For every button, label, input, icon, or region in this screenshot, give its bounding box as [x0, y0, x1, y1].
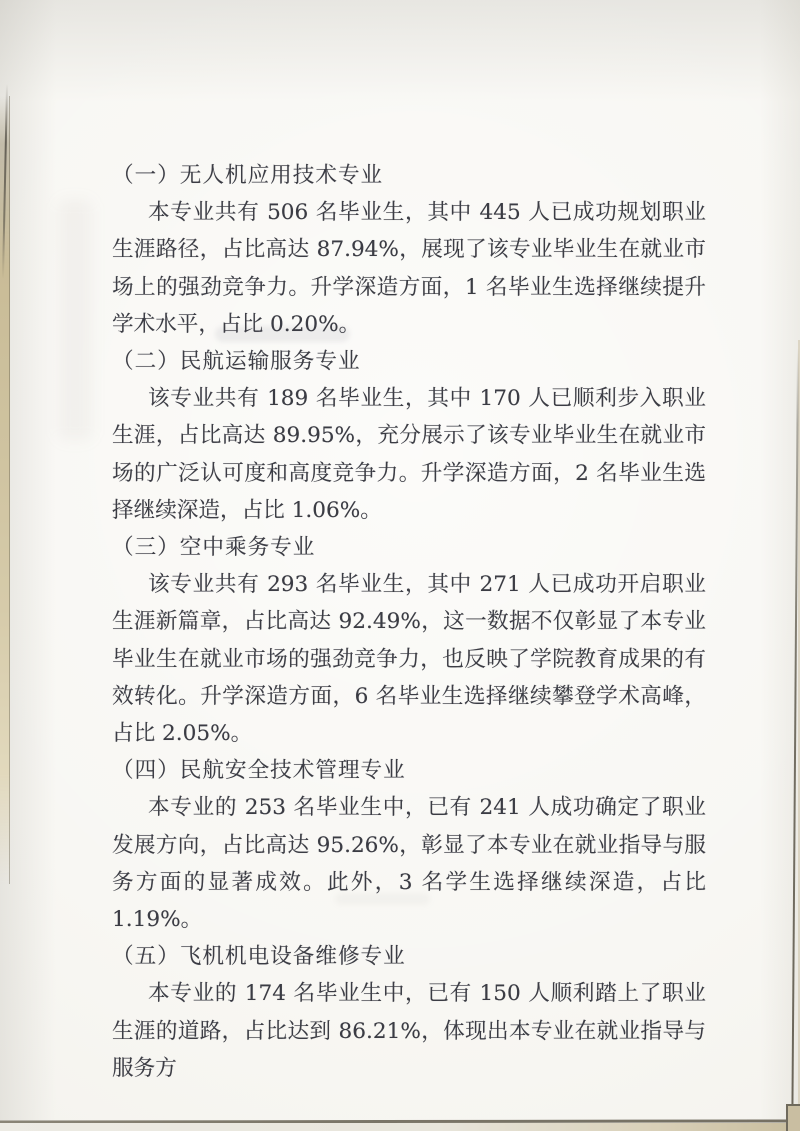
section-heading: （二）民航运输服务专业: [112, 343, 706, 380]
page-edge-bottom-line: [0, 1119, 789, 1123]
page-edge-left: [0, 96, 10, 884]
section-paragraph: 本专业共有 506 名毕业生，其中 445 人已成功规划职业生涯路径，占比高达 …: [112, 194, 706, 343]
report-section-5: （五）飞机机电设备维修专业 本专业的 174 名毕业生中，已有 150 人顺利踏…: [112, 938, 706, 1087]
page-edge-bottom-background: [0, 1123, 800, 1131]
scanned-page: （一）无人机应用技术专业 本专业共有 506 名毕业生，其中 445 人已成功规…: [0, 0, 800, 1131]
section-paragraph: 本专业的 253 名毕业生中，已有 241 人成功确定了职业发展方向，占比高达 …: [112, 789, 706, 938]
section-paragraph: 该专业共有 293 名毕业生，其中 271 人已成功开启职业生涯新篇章，占比高达…: [112, 566, 706, 752]
section-heading: （三）空中乘务专业: [112, 529, 706, 566]
page-edge-right-line: [791, 348, 799, 1108]
section-heading: （四）民航安全技术管理专业: [112, 752, 706, 789]
section-heading: （五）飞机机电设备维修专业: [112, 938, 706, 975]
report-section-4: （四）民航安全技术管理专业 本专业的 253 名毕业生中，已有 241 人成功确…: [112, 752, 706, 938]
section-paragraph: 本专业的 174 名毕业生中，已有 150 人顺利踏上了职业生涯的道路，占比达到…: [112, 975, 706, 1087]
document-body: （一）无人机应用技术专业 本专业共有 506 名毕业生，其中 445 人已成功规…: [112, 157, 706, 1087]
page-edge-bottom-right-corner: [786, 1104, 800, 1131]
report-section-3: （三）空中乘务专业 该专业共有 293 名毕业生，其中 271 人已成功开启职业…: [112, 529, 706, 752]
section-paragraph: 该专业共有 189 名毕业生，其中 170 人已顺利步入职业生涯，占比高达 89…: [112, 380, 706, 529]
report-section-1: （一）无人机应用技术专业 本专业共有 506 名毕业生，其中 445 人已成功规…: [112, 157, 706, 343]
page-edge-left-line: [2, 84, 8, 279]
report-section-2: （二）民航运输服务专业 该专业共有 189 名毕业生，其中 170 人已顺利步入…: [112, 343, 706, 529]
paper-texture-smudge: [58, 200, 92, 440]
section-heading: （一）无人机应用技术专业: [112, 157, 706, 194]
